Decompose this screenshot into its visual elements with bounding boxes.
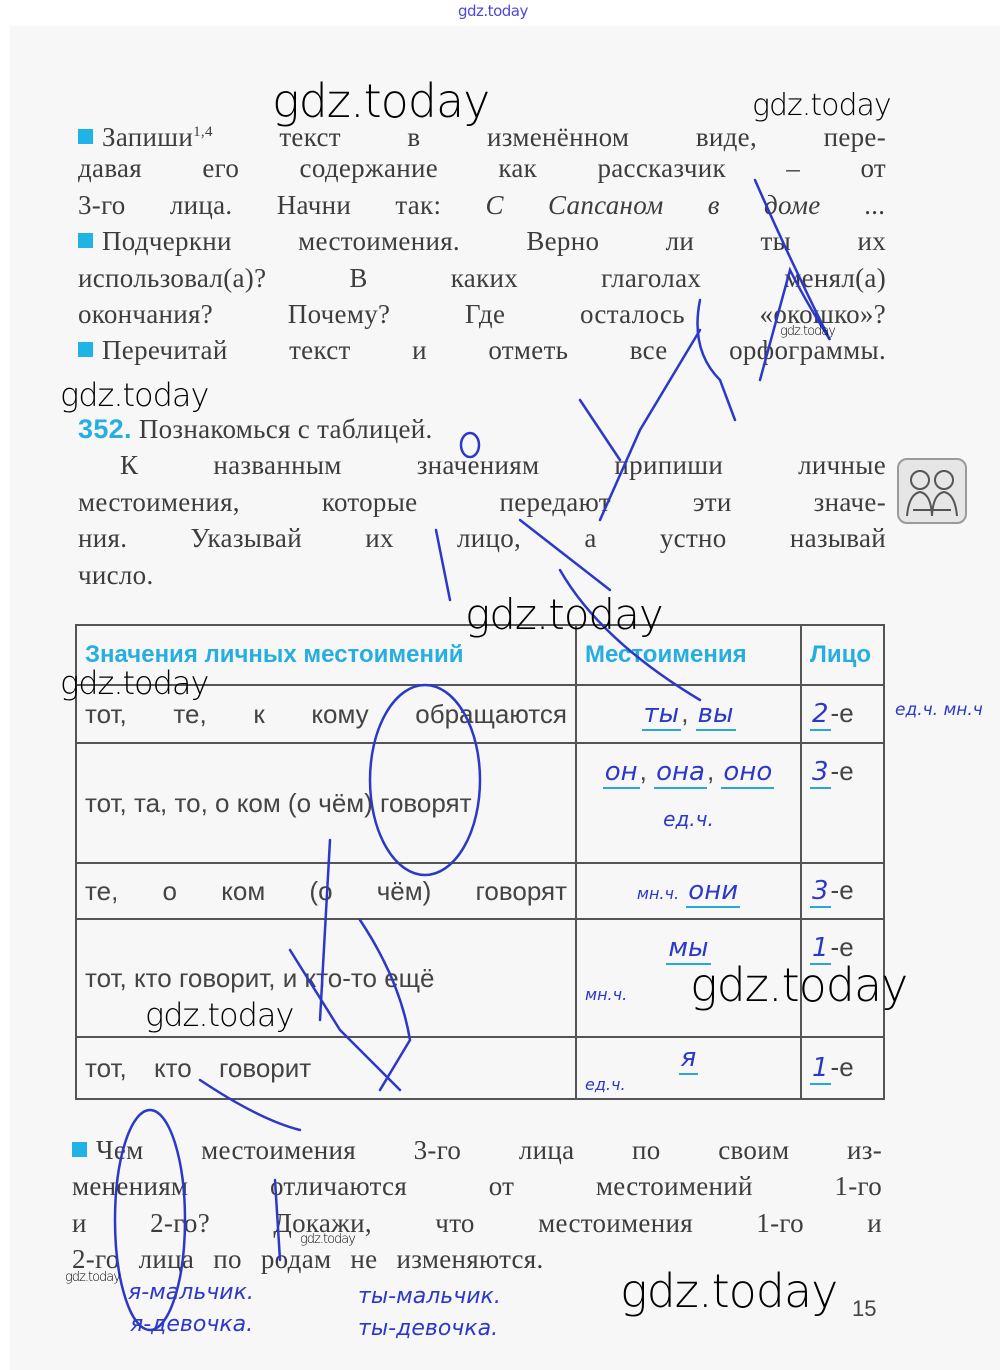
intro-example: С Сапсаном в доме ... <box>486 190 886 220</box>
top-watermark: gdz.today <box>458 2 528 20</box>
intro-line-4: Подчеркни местоимения. Верно ли ты их <box>78 223 886 259</box>
number-note: ед.ч. <box>585 1075 792 1094</box>
intro-line-7: Перечитай текст и отметь все орфограммы. <box>78 332 886 368</box>
meaning-cell: тот, кто говорит <box>76 1037 576 1099</box>
watermark: gdz.today <box>145 996 293 1034</box>
intro-line-2: давая его содержание как рассказчик – от <box>78 150 886 186</box>
intro-word: Запиши <box>102 122 193 152</box>
exercise-header: 352. Познакомься с таблицей. <box>78 411 886 447</box>
answer-pronoun: они <box>686 876 740 908</box>
bullet-icon <box>78 233 93 248</box>
person-cell[interactable]: 3-е <box>801 863 884 919</box>
exercise-line-3: ния. Указывай их лицо, а устно называй <box>78 520 886 556</box>
watermark: gdz.today <box>752 88 891 123</box>
exercise-line-1: К названным значениям припиши личные <box>78 447 886 483</box>
exercise-352: 352. Познакомься с таблицей. К названным… <box>78 411 886 593</box>
watermark: gdz.today <box>60 376 208 414</box>
question-text: Чем местоимения 3-го лица по своим из- <box>96 1135 882 1165</box>
person-suffix: -е <box>831 1052 854 1082</box>
number-note: ед.ч. <box>585 807 792 831</box>
exercise-line-4: число. <box>78 557 886 593</box>
margin-note: ед.ч. мн.ч <box>895 700 983 720</box>
bullet-icon <box>72 1142 87 1157</box>
answer-pronoun: вы <box>696 699 736 731</box>
answer-person: 1 <box>810 1053 831 1085</box>
task-intro: Запиши1,4 текст в изменённом виде, пере-… <box>78 114 886 369</box>
watermark: gdz.today <box>780 324 835 339</box>
answer-pronoun: ты <box>642 699 682 731</box>
table-row: тот, кто говорит яед.ч. 1-е <box>76 1037 884 1099</box>
intro-text: 3-го лица. Начни так: <box>78 190 441 220</box>
answer-pronoun: оно <box>721 757 774 789</box>
intro-line-6: окончания? Почему? Где осталось «окошко»… <box>78 296 886 332</box>
watermark: gdz.today <box>65 1270 120 1285</box>
bullet-icon <box>78 342 93 357</box>
handwritten-answer: ты-девочка. <box>358 1316 498 1341</box>
answer-person: 2 <box>810 699 831 731</box>
pair-work-icon <box>897 458 967 524</box>
number-note: мн.ч. <box>637 884 679 903</box>
handwritten-answer: я-мальчик. <box>128 1280 254 1305</box>
person-cell[interactable]: 3-е <box>801 743 884 863</box>
meaning-text: тот, та, то, о ком (о чём) говорят <box>85 773 567 833</box>
person-suffix: -е <box>831 875 854 905</box>
person-suffix: -е <box>831 756 854 786</box>
table-row: те, о ком (о чём) говорят мн.ч. они 3-е <box>76 863 884 919</box>
exercise-title: Познакомься с таблицей. <box>139 414 433 444</box>
question-line-3: и 2-го? Докажи, что местоимения 1-го и <box>72 1205 882 1241</box>
watermark: gdz.today <box>690 958 907 1012</box>
answer-person: 3 <box>810 876 831 908</box>
pronouns-cell[interactable]: он, она, оноед.ч. <box>576 743 801 863</box>
question-line-2: менениям отличаются от местоимений 1-го <box>72 1168 882 1204</box>
question-block: Чем местоимения 3-го лица по своим из- м… <box>72 1132 882 1278</box>
intro-line-5: использовал(а)? В каких глаголах менял(а… <box>78 260 886 296</box>
watermark: gdz.today <box>465 590 663 639</box>
bullet-icon <box>78 129 93 144</box>
question-line-1: Чем местоимения 3-го лица по своим из- <box>72 1132 882 1168</box>
answer-pronoun: я <box>679 1043 699 1075</box>
page-number: 15 <box>852 1296 876 1322</box>
exercise-number: 352. <box>78 414 132 444</box>
exercise-line-2: местоимения, которые передают эти значе- <box>78 484 886 520</box>
watermark: gdz.today <box>272 74 489 128</box>
intro-text: Перечитай текст и отметь все орфограммы. <box>102 335 886 365</box>
person-cell[interactable]: 1-е <box>801 1037 884 1099</box>
answer-pronoun: он <box>603 757 640 789</box>
intro-line-3: 3-го лица. Начни так: С Сапсаном в доме … <box>78 187 886 223</box>
meaning-cell: те, о ком (о чём) говорят <box>76 863 576 919</box>
intro-text: Подчеркни местоимения. Верно ли ты их <box>102 226 886 256</box>
footnote-ref: 1,4 <box>193 124 213 140</box>
meaning-cell: тот, та, то, о ком (о чём) говорят <box>76 743 576 863</box>
handwritten-answer: ты-мальчик. <box>358 1284 501 1309</box>
person-suffix: -е <box>831 698 854 728</box>
person-cell[interactable]: 2-е <box>801 685 884 743</box>
handwritten-answer: я-девочка. <box>130 1312 253 1337</box>
table-row: тот, та, то, о ком (о чём) говорят он, о… <box>76 743 884 863</box>
answer-person: 3 <box>810 757 831 789</box>
watermark: gdz.today <box>60 664 208 702</box>
answer-pronoun: она <box>654 757 707 789</box>
pronouns-cell[interactable]: мн.ч. они <box>576 863 801 919</box>
watermark: gdz.today <box>620 1264 837 1318</box>
pronouns-cell[interactable]: ты, вы <box>576 685 801 743</box>
header-person: Лицо <box>801 625 884 685</box>
watermark: gdz.today <box>300 1232 355 1247</box>
pronouns-cell[interactable]: яед.ч. <box>576 1037 801 1099</box>
